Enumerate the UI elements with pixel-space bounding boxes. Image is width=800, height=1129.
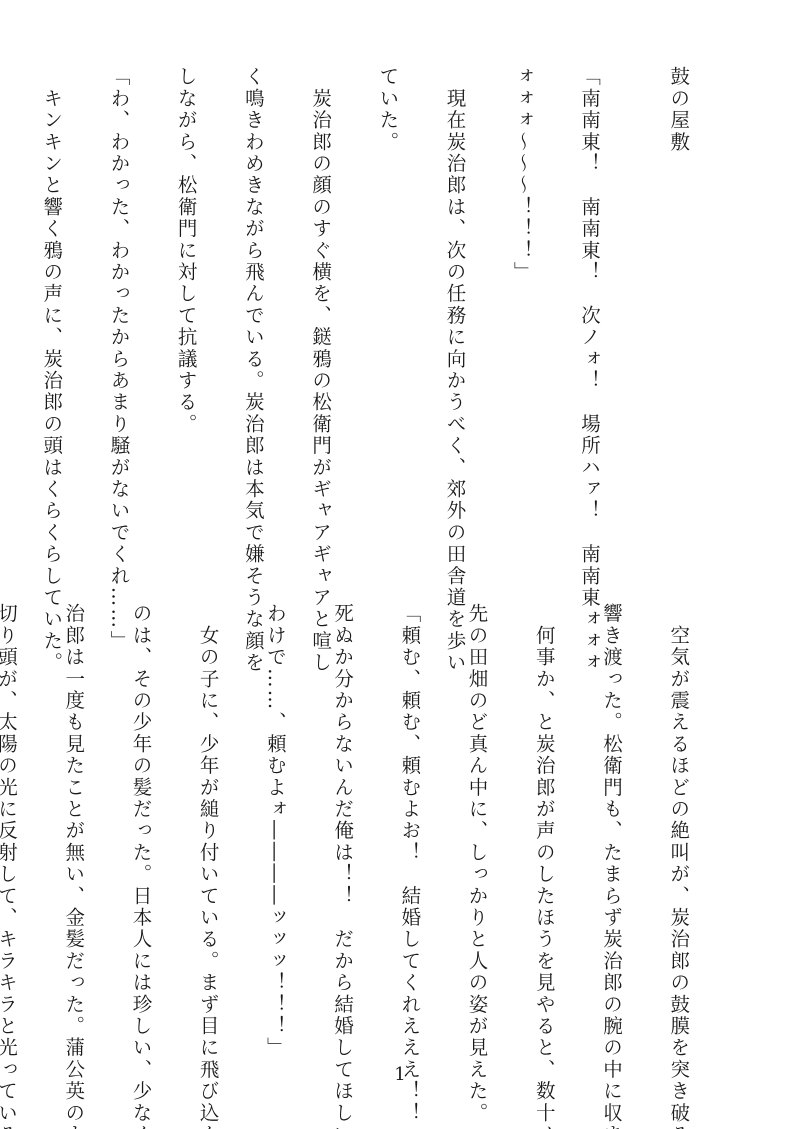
text-line: わけで……、頼むよォ――――ッッッ！！！」	[263, 603, 285, 1093]
text-line: しながら、松衛門に対して抗議する。	[174, 66, 196, 556]
top-text-block: 鼓の屋敷 「南南東！ 南南東！ 次ノォ！ 場所ハァ！ 南南東ォォォ ォォォ〜〜〜…	[54, 66, 734, 556]
text-line: 響き渡った。松衛門も、たまらず炭治郎の腕の中に収まる。	[600, 603, 622, 1093]
text-line: 「南南東！ 南南東！ 次ノォ！ 場所ハァ！ 南南東ォォォ	[578, 66, 600, 556]
document-page: 鼓の屋敷 「南南東！ 南南東！ 次ノォ！ 場所ハァ！ 南南東ォォォ ォォォ〜〜〜…	[0, 0, 800, 1129]
text-line: 「頼む、頼む、頼むよお！ 結婚してくれえええ！！ いつ	[398, 603, 420, 1093]
text-line: 女の子に、少年が縋り付いている。まず目に飛び込んできた	[196, 603, 218, 1093]
text-line: 先の田畑のど真ん中に、しっかりと人の姿が見えた。	[465, 603, 487, 1093]
text-line: 空気が震えるほどの絶叫が、炭治郎の鼓膜を突き破る勢いで	[667, 603, 689, 1093]
chapter-title: 鼓の屋敷	[667, 66, 689, 556]
text-line: のは、その少年の髪だった。日本人には珍しい、少なくとも炭	[129, 603, 151, 1093]
text-line: 死ぬか分からないんだ俺は！！ だから結婚してほしいという	[331, 603, 353, 1093]
text-line: 「わ、わかった、わかったからあまり騒がないでくれ……」	[107, 66, 129, 556]
text-line: く鳴きわめきながら飛んでいる。炭治郎は本気で嫌そうな顔を	[241, 66, 263, 556]
text-line: 治郎は一度も見たことが無い、金髪だった。蒲公英のような散	[62, 603, 84, 1093]
text-line: 切り頭が、太陽の光に反射して、キラキラと光っている。	[0, 603, 17, 1093]
text-line: 炭治郎の顔のすぐ横を、鎹鴉の松衛門がギャアギャアと喧し	[309, 66, 331, 556]
page-number: 1	[0, 1064, 800, 1085]
text-line: ていた。	[376, 66, 398, 556]
text-line: 現在炭治郎は、次の任務に向かうべく、郊外の田舎道を歩い	[443, 66, 465, 556]
text-line: 何事か、と炭治郎が声のしたほうを見やると、数十メートル	[532, 603, 554, 1093]
bottom-text-block: 空気が震えるほどの絶叫が、炭治郎の鼓膜を突き破る勢いで 響き渡った。松衛門も、た…	[54, 603, 734, 1093]
text-line: キンキンと響く鴉の声に、炭治郎の頭はくらくらしていた。	[40, 66, 62, 556]
text-line: ォォォ〜〜〜！！！」	[510, 66, 532, 556]
